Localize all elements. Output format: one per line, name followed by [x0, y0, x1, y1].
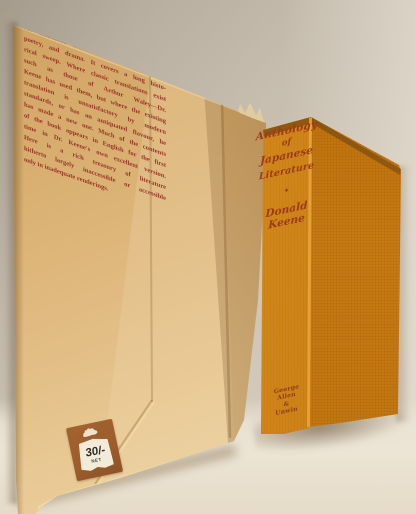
publisher-line: Unwin: [275, 405, 297, 417]
photo-scene: An ambitious collection of Japanese pros…: [0, 0, 416, 514]
spine-publisher-imprint: George Allen & Unwin: [274, 383, 299, 430]
book-front-cover: [0, 0, 416, 514]
spine-lettering: Anthology of Japanese Literature ✦ Donal…: [262, 120, 311, 433]
spine-ornament-icon: ✦: [284, 186, 290, 195]
book: Anthology of Japanese Literature ✦ Donal…: [0, 0, 416, 514]
